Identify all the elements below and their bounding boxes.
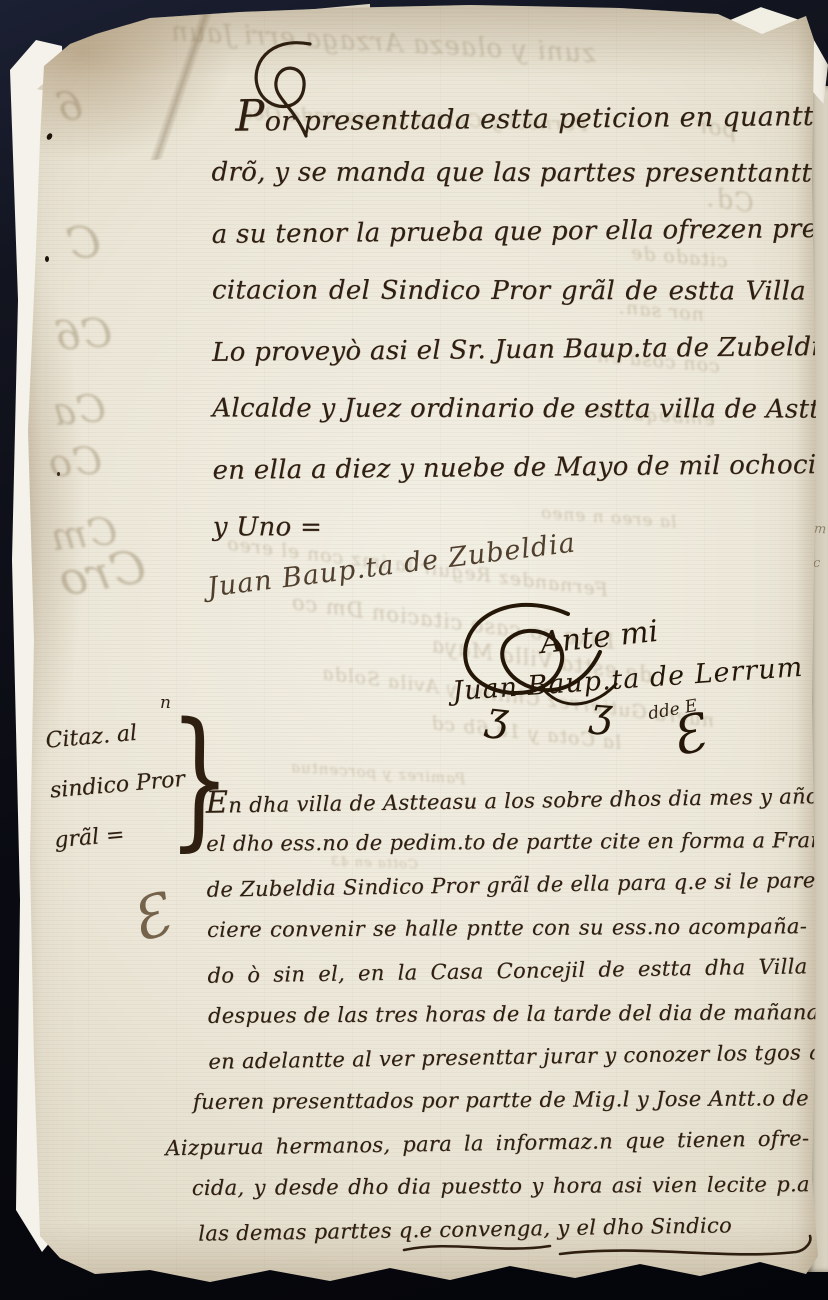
diligence-line: En dha villa de Astteasu a los sobre dho… [205,775,806,827]
diligence-line: ciere convenir se halle pntte con su ess… [207,907,807,954]
facing-page-mark: m [813,522,826,538]
bleed-through-fragment: C6 [52,310,113,360]
facing-page-mark: c [813,556,820,571]
paraph-mark: ʒ [588,689,614,736]
bleed-through-fragment: zuni y olaeza Arzaga erri Jaun [170,17,597,69]
decree-line: en ella a diez y nuebe de Mayo de mil oc… [212,439,807,504]
diligence-line: el dho ess.no de pedim.to de partte cite… [206,821,806,868]
diligence-line: Aizpurua hermanos, para la informaz.n qu… [165,1119,810,1172]
paraph-mark: ʒ [484,693,511,741]
manuscript-scan: mc zuni y olaeza Arzaga erri Jaun6Pornec… [0,0,828,1300]
diligence-line: cida, y desde dho dia puestto y hora asi… [192,1165,810,1212]
diligence-line: en adelantte al ver presenttar jurar y c… [208,1033,809,1085]
diligence-line: do ò sin el, en la Casa Concejil de estt… [207,947,808,999]
diligence-line: fueren presenttados por partte de Mig.l … [193,1079,809,1126]
decree-line: Por presenttada estta peticion en quantt… [211,85,806,150]
diligence-line: despues de las tres horas de la tarde de… [208,993,808,1040]
decree-line: drõ, y se manda que las parttes presentt… [211,146,805,206]
closing-underline-flourish [398,1234,818,1268]
decree-line: Alcalde y Juez ordinario de estta villa … [212,382,806,442]
bleed-through-fragment: C [63,216,103,270]
bleed-through-fragment: Ca [50,386,107,435]
decree-line: Lo proveyò asi el Sr. Juan Baup.ta de Zu… [212,321,807,386]
bleed-through-fragment: Co [47,438,104,486]
decree-line: a su tenor la prueba que por ella ofreze… [211,203,806,268]
diligence-text: En dha villa de Astteasu a los sobre dho… [206,777,811,1256]
bleed-through-fragment: 6 [52,82,86,132]
manuscript-sheet: zuni y olaeza Arzaga erri Jaun6Pornecl y… [0,0,828,1300]
diligence-line: de Zubeldia Sindico Pror grãl de ella pa… [206,861,807,913]
decree-text: Por presenttada estta peticion en quantt… [211,87,807,561]
decree-line: citacion del Sindico Pror grãl de estta … [212,264,806,324]
